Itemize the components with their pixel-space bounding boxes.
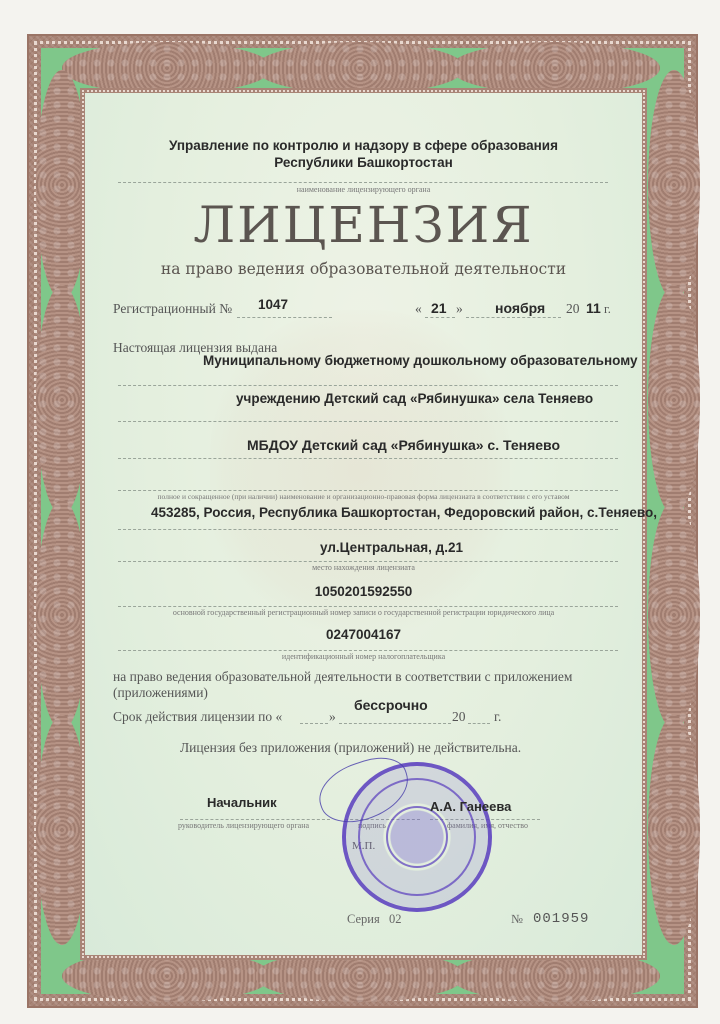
- divider: [339, 723, 451, 724]
- divider: [118, 385, 618, 386]
- authority-line1: Управление по контролю и надзору в сфере…: [85, 138, 642, 153]
- document-subtitle: на право ведения образовательной деятель…: [85, 260, 642, 278]
- date-open-quote: «: [415, 301, 422, 317]
- ornament: [648, 500, 700, 730]
- divider: [118, 606, 618, 607]
- divider: [118, 650, 618, 651]
- series-value: 02: [389, 912, 402, 927]
- position-caption: руководитель лицензирующего органа: [178, 821, 309, 830]
- signatory-position: Начальник: [207, 795, 277, 810]
- divider: [300, 723, 328, 724]
- ornament: [62, 42, 272, 94]
- divider: [118, 561, 618, 562]
- number-label: №: [511, 912, 523, 927]
- signatory-name: А.А. Ганеева: [430, 799, 511, 814]
- divider: [118, 458, 618, 459]
- divider: [118, 490, 618, 491]
- divider: [237, 317, 332, 318]
- registration-month: ноября: [495, 300, 545, 316]
- ogrn-caption: основной государственный регистрационный…: [85, 608, 642, 617]
- series-label: Серия: [347, 912, 380, 927]
- inn-caption: идентификационный номер налогоплательщик…: [85, 652, 642, 661]
- validity-label: Срок действия лицензии по «: [113, 709, 282, 725]
- divider: [118, 529, 618, 530]
- document-title: ЛИЦЕНЗИЯ: [85, 196, 642, 254]
- inn-value: 0247004167: [85, 627, 642, 642]
- validity-note: Лицензия без приложения (приложений) не …: [180, 740, 521, 756]
- licensee-full-name-line1: Муниципальному бюджетному дошкольному об…: [203, 353, 638, 368]
- divider: [466, 317, 561, 318]
- authority-caption: наименование лицензирующего органа: [85, 185, 642, 194]
- registration-number: 1047: [258, 297, 288, 312]
- location-line2: ул.Центральная, д.21: [320, 540, 463, 555]
- issued-to-caption: полное и сокращенное (при наличии) наиме…: [85, 492, 642, 501]
- serial-number: 001959: [533, 911, 589, 927]
- validity-value: бессрочно: [354, 697, 428, 713]
- divider: [118, 182, 608, 183]
- ornament: [648, 70, 700, 300]
- year-prefix: 20: [566, 301, 580, 317]
- registration-label: Регистрационный №: [113, 301, 232, 317]
- divider: [180, 819, 330, 820]
- ornament: [648, 285, 700, 515]
- scope-line1: на право ведения образовательной деятель…: [113, 669, 572, 685]
- ornament: [648, 715, 700, 945]
- scope-line2: (приложениями): [113, 685, 208, 701]
- ornament: [255, 42, 465, 94]
- divider: [118, 421, 618, 422]
- validity-year-prefix: 20: [452, 709, 466, 725]
- registration-day: 21: [431, 300, 447, 316]
- location-line1: 453285, Россия, Республика Башкортостан,…: [151, 505, 657, 520]
- licensee-full-name-line2: учреждению Детский сад «Рябинушка» села …: [236, 391, 593, 406]
- validity-year-unit: г.: [494, 709, 501, 725]
- ornament: [450, 42, 660, 94]
- year-suffix: 11: [586, 300, 601, 316]
- divider: [425, 317, 455, 318]
- authority-line2: Республики Башкортостан: [85, 155, 642, 170]
- date-close-quote: »: [456, 301, 463, 317]
- divider: [468, 723, 490, 724]
- ogrn-value: 1050201592550: [85, 584, 642, 599]
- validity-quote-close: »: [329, 709, 336, 725]
- licensee-short-name: МБДОУ Детский сад «Рябинушка» с. Теняево: [247, 437, 560, 453]
- location-caption: место нахождения лицензиата: [85, 563, 642, 572]
- year-unit: г.: [604, 302, 611, 317]
